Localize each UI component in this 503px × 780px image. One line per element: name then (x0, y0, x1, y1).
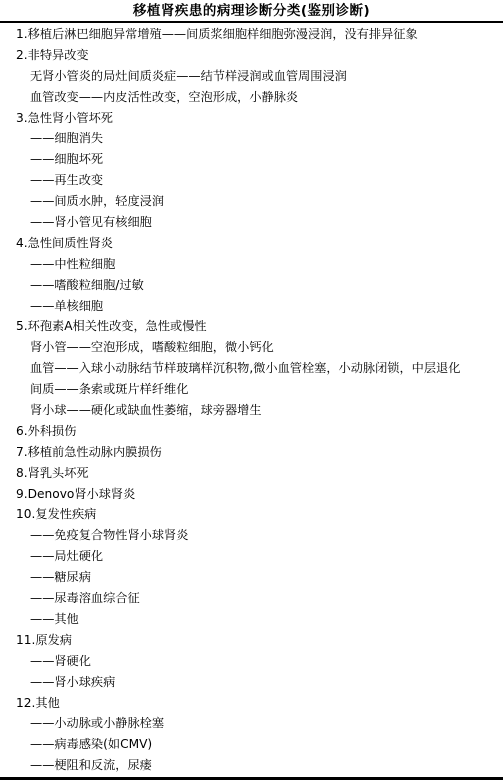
list-item-text: ——尿毒溶血综合征 (30, 591, 140, 605)
list-item: ——其他 (0, 609, 503, 630)
list-item-text: ——细胞消失 (30, 131, 103, 145)
list-item: ——细胞消失 (0, 128, 503, 149)
list-item-text: ——小动脉或小静脉栓塞 (30, 716, 164, 730)
list-item: 血管——入球小动脉结节样玻璃样沉积物,微小血管栓塞，小动脉闭锁，中层退化 (0, 358, 503, 379)
list-item-text: 4.急性间质性肾炎 (16, 236, 113, 250)
list-item-text: ——细胞坏死 (30, 152, 103, 166)
list-item-text: ——单核细胞 (30, 299, 103, 313)
list-item-text: ——中性粒细胞 (30, 257, 115, 271)
list-item: ——肾小管见有核细胞 (0, 212, 503, 233)
list-item-text: 无肾小管炎的局灶间质炎症——结节样浸润或血管周围浸润 (30, 69, 347, 83)
list-item-text: 1.移植后淋巴细胞异常增殖——间质浆细胞样细胞弥漫浸润，没有排异征象 (16, 27, 418, 41)
list-item: ——尿毒溶血综合征 (0, 588, 503, 609)
list-item-text: 血管改变——内皮活性改变，空泡形成，小静脉炎 (30, 90, 298, 104)
list-item-text: 血管——入球小动脉结节样玻璃样沉积物,微小血管栓塞，小动脉闭锁，中层退化 (30, 361, 460, 375)
list-item: ——肾小球疾病 (0, 672, 503, 693)
list-item-text: ——嗜酸粒细胞/过敏 (30, 278, 144, 292)
list-item-text: ——梗阻和反流，尿瘘 (30, 758, 152, 772)
list-item: ——中性粒细胞 (0, 254, 503, 275)
list-item: ——嗜酸粒细胞/过敏 (0, 275, 503, 296)
list-item: ——梗阻和反流，尿瘘 (0, 755, 503, 776)
list-item-text: ——再生改变 (30, 173, 103, 187)
list-item: 9.Denovo肾小球肾炎 (0, 484, 503, 505)
list-item: ——间质水肿，轻度浸润 (0, 191, 503, 212)
list-item-text: 9.Denovo肾小球肾炎 (16, 487, 135, 501)
top-rule-divider (0, 21, 503, 23)
list-item: 11.原发病 (0, 630, 503, 651)
list-item: 6.外科损伤 (0, 421, 503, 442)
list-item-text: ——局灶硬化 (30, 549, 103, 563)
list-item: ——病毒感染(如CMV) (0, 734, 503, 755)
list-item-text: ——病毒感染(如CMV) (30, 737, 152, 751)
list-item: 7.移植前急性动脉内膜损伤 (0, 442, 503, 463)
list-item-text: 6.外科损伤 (16, 424, 76, 438)
list-item: 5.环孢素A相关性改变，急性或慢性 (0, 316, 503, 337)
list-item-text: 2.非特异改变 (16, 48, 89, 62)
list-item: 2.非特异改变 (0, 45, 503, 66)
list-item: 间质——条索或斑片样纤维化 (0, 379, 503, 400)
list-item-text: 12.其他 (16, 696, 60, 710)
list-item-text: ——免疫复合物性肾小球肾炎 (30, 528, 188, 542)
list-item-text: 7.移植前急性动脉内膜损伤 (16, 445, 162, 459)
list-item: 3.急性肾小管坏死 (0, 108, 503, 129)
list-item-text: 11.原发病 (16, 633, 72, 647)
list-item-text: 5.环孢素A相关性改变，急性或慢性 (16, 319, 207, 333)
list-item: 血管改变——内皮活性改变，空泡形成，小静脉炎 (0, 87, 503, 108)
list-item: ——细胞坏死 (0, 149, 503, 170)
list-item-text: 8.肾乳头坏死 (16, 466, 89, 480)
list-item-text: ——其他 (30, 612, 79, 626)
list-item: ——肾硬化 (0, 651, 503, 672)
list-item: 无肾小管炎的局灶间质炎症——结节样浸润或血管周围浸润 (0, 66, 503, 87)
list-item: 10.复发性疾病 (0, 504, 503, 525)
list-item: ——再生改变 (0, 170, 503, 191)
list-item: ——糖尿病 (0, 567, 503, 588)
list-item-text: ——肾小管见有核细胞 (30, 215, 152, 229)
list-item: 8.肾乳头坏死 (0, 463, 503, 484)
list-item: 肾小球——硬化或缺血性萎缩，球旁器增生 (0, 400, 503, 421)
list-item-text: 10.复发性疾病 (16, 507, 96, 521)
list-item: ——单核细胞 (0, 296, 503, 317)
list-item-text: 肾小球——硬化或缺血性萎缩，球旁器增生 (30, 403, 262, 417)
table-title: 移植肾疾患的病理诊断分类(鉴别诊断) (0, 0, 503, 21)
list-item: 12.其他 (0, 693, 503, 714)
list-item: 1.移植后淋巴细胞异常增殖——间质浆细胞样细胞弥漫浸润，没有排异征象 (0, 24, 503, 45)
list-item: ——免疫复合物性肾小球肾炎 (0, 525, 503, 546)
list-item: ——小动脉或小静脉栓塞 (0, 713, 503, 734)
diagnosis-list: 1.移植后淋巴细胞异常增殖——间质浆细胞样细胞弥漫浸润，没有排异征象 2.非特异… (0, 24, 503, 776)
list-item-text: ——肾硬化 (30, 654, 91, 668)
list-item-text: ——肾小球疾病 (30, 675, 115, 689)
list-item: ——局灶硬化 (0, 546, 503, 567)
list-item-text: 3.急性肾小管坏死 (16, 111, 113, 125)
list-item-text: ——糖尿病 (30, 570, 91, 584)
list-item-text: 肾小管——空泡形成，嗜酸粒细胞，微小钙化 (30, 340, 274, 354)
list-item: 肾小管——空泡形成，嗜酸粒细胞，微小钙化 (0, 337, 503, 358)
list-item-text: 间质——条索或斑片样纤维化 (30, 382, 188, 396)
list-item-text: ——间质水肿，轻度浸润 (30, 194, 164, 208)
list-item: 4.急性间质性肾炎 (0, 233, 503, 254)
